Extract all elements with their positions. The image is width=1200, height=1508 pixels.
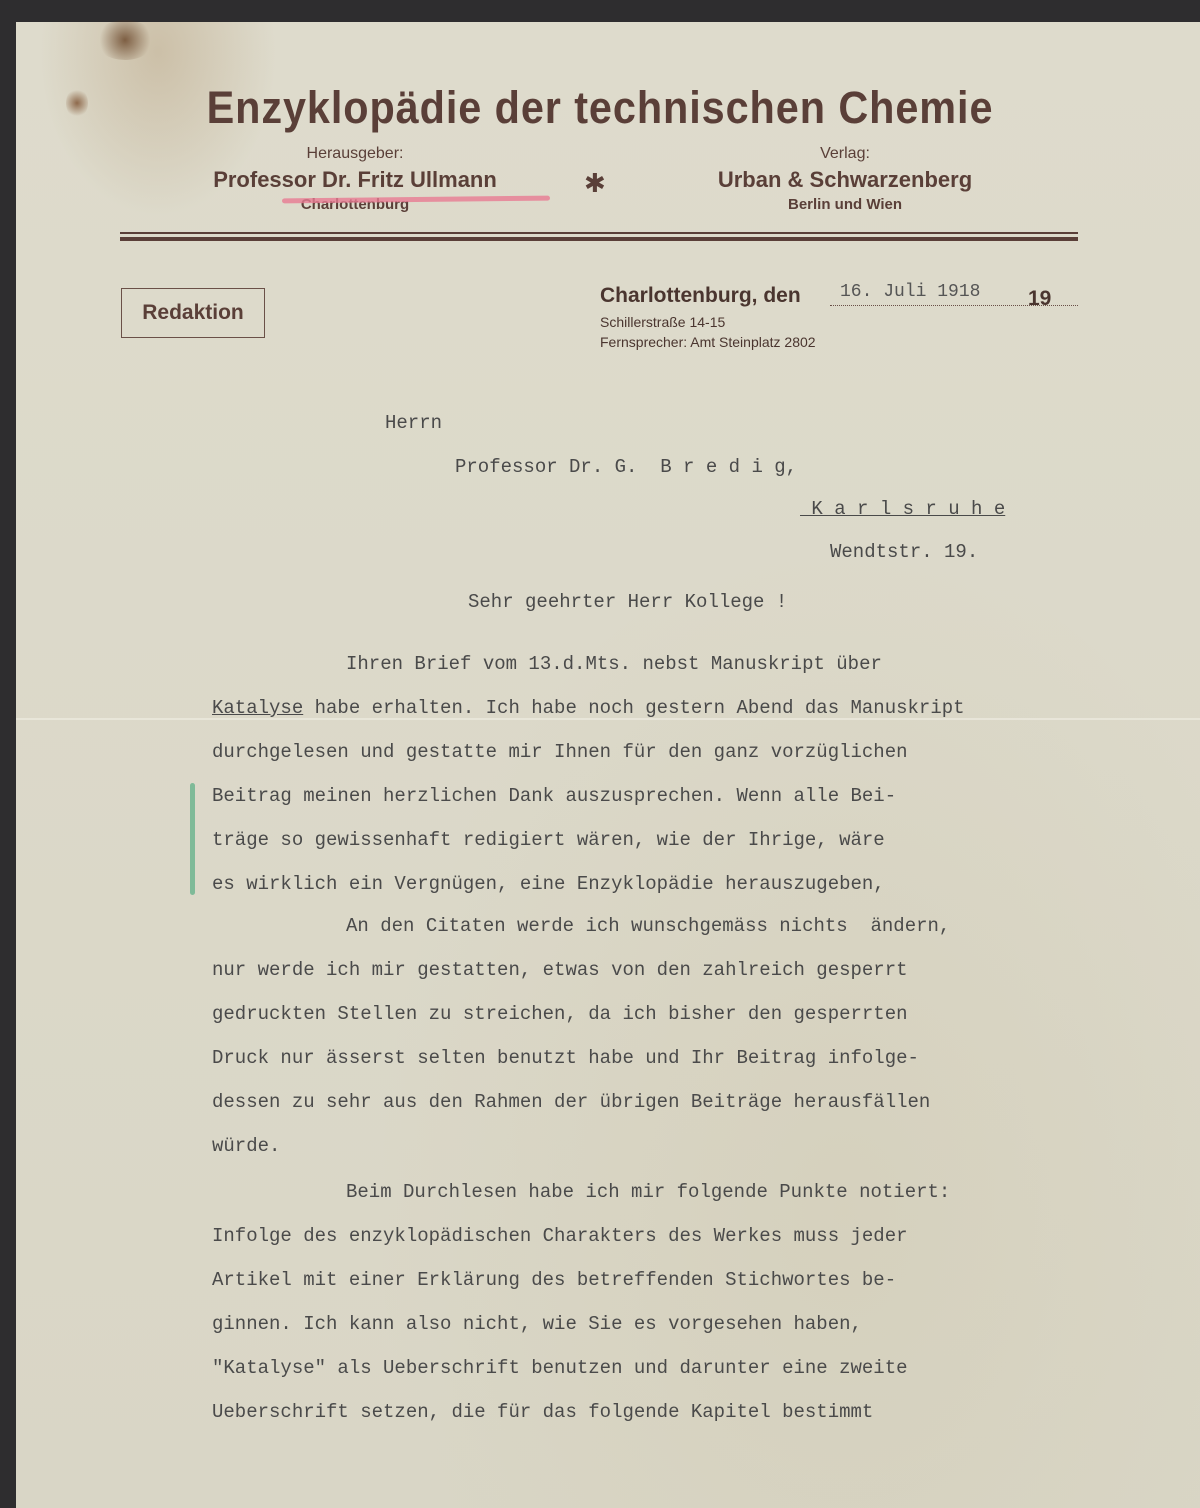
recipient-city: K a r l s r u h e xyxy=(800,498,1005,520)
editor-name: Professor Dr. Fritz Ullmann xyxy=(200,167,510,193)
publisher-label: Verlag: xyxy=(680,145,1010,163)
body-line: Katalyse habe erhalten. Ich habe noch ge… xyxy=(212,697,965,719)
body-line: würde. xyxy=(212,1135,280,1157)
body-line: dessen zu sehr aus den Rahmen der übrige… xyxy=(212,1091,930,1113)
editor-label: Herausgeber: xyxy=(200,145,510,163)
place-street: Schillerstraße 14-15 xyxy=(600,312,816,332)
date-year-suffix: 19 xyxy=(1028,287,1051,311)
greeting: Sehr geehrter Herr Kollege ! xyxy=(468,591,787,613)
underlined-word: Katalyse xyxy=(212,697,303,719)
body-line: An den Citaten werde ich wunschgemäss ni… xyxy=(346,915,950,937)
publisher-block: Verlag: Urban & Schwarzenberg Berlin und… xyxy=(680,145,1010,213)
publisher-name: Urban & Schwarzenberg xyxy=(680,167,1010,193)
recipient-prefix: Herrn xyxy=(385,412,442,434)
body-line: Druck nur ässerst selten benutzt habe un… xyxy=(212,1047,919,1069)
body-line: Beitrag meinen herzlichen Dank auszuspre… xyxy=(212,785,896,807)
letterhead-rule xyxy=(120,232,1078,234)
body-line: Beim Durchlesen habe ich mir folgende Pu… xyxy=(346,1181,950,1203)
body-line: Infolge des enzyklopädischen Charakters … xyxy=(212,1225,908,1247)
place-phone: Fernsprecher: Amt Steinplatz 2802 xyxy=(600,332,816,352)
place-city: Charlottenburg, den xyxy=(600,284,816,308)
body-line: "Katalyse" als Ueberschrift benutzen und… xyxy=(212,1357,908,1379)
body-line: durchgelesen und gestatte mir Ihnen für … xyxy=(212,741,908,763)
publisher-city: Berlin und Wien xyxy=(680,196,1010,213)
office-box: Redaktion xyxy=(121,288,265,338)
recipient-street: Wendtstr. 19. xyxy=(830,541,978,563)
date-typed: 16. Juli 1918 xyxy=(840,282,980,302)
body-line: gedruckten Stellen zu streichen, da ich … xyxy=(212,1003,908,1025)
body-line: Ueberschrift setzen, die für das folgend… xyxy=(212,1401,873,1423)
burn-stain xyxy=(95,20,155,60)
green-pencil-mark xyxy=(190,783,195,895)
body-line: es wirklich ein Vergnügen, eine Enzyklop… xyxy=(212,873,885,895)
editor-block: Herausgeber: Professor Dr. Fritz Ullmann… xyxy=(200,145,510,213)
body-line: träge so gewissenhaft redigiert wären, w… xyxy=(212,829,885,851)
burn-stain xyxy=(66,88,88,118)
place-block: Charlottenburg, den Schillerstraße 14-15… xyxy=(600,284,816,352)
body-line: ginnen. Ich kann also nicht, wie Sie es … xyxy=(212,1313,862,1335)
body-line: Ihren Brief vom 13.d.Mts. nebst Manuskri… xyxy=(346,653,882,675)
body-line: nur werde ich mir gestatten, etwas von d… xyxy=(212,959,908,981)
star-icon: ✱ xyxy=(584,168,606,199)
letterhead-rule-thick xyxy=(120,237,1078,241)
recipient-name: Professor Dr. G. B r e d i g, xyxy=(455,456,797,478)
body-line: Artikel mit einer Erklärung des betreffe… xyxy=(212,1269,896,1291)
letterhead-title: Enzyklopädie der technischen Chemie xyxy=(158,82,1041,134)
